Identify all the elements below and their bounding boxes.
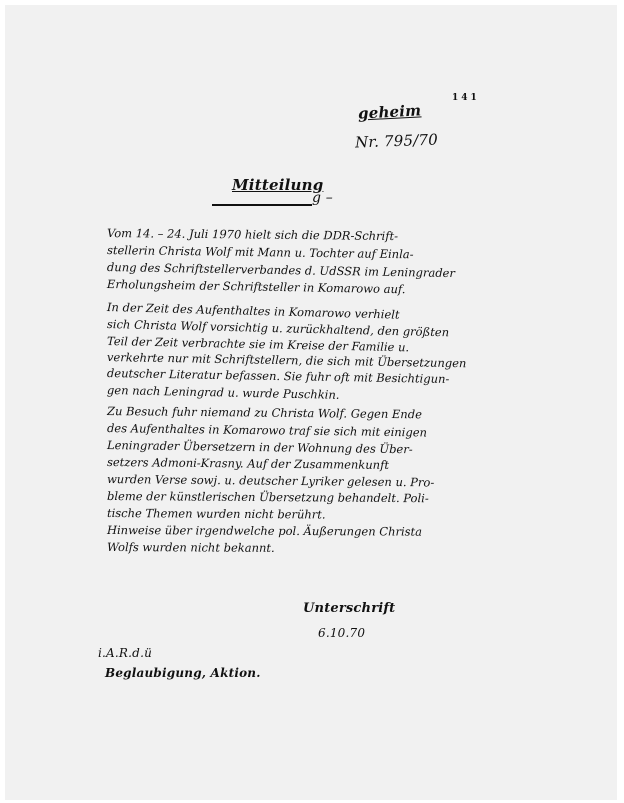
classification-stamp: geheim	[358, 101, 422, 122]
document-title: Mitteilung	[232, 176, 323, 194]
body-line: bleme der künstlerischen Übersetzung beh…	[107, 489, 429, 505]
signature-date: 6.10.70	[318, 626, 365, 640]
body-line: setzers Admoni-Krasny. Auf der Zusammenk…	[107, 455, 389, 472]
page-mark: 141	[452, 93, 480, 103]
signature: Unterschrift	[303, 601, 395, 616]
body-line: Hinweise über irgendwelche pol. Äußerung…	[107, 523, 422, 539]
scanned-document-page	[5, 5, 617, 800]
body-line: Wolfs wurden nicht bekannt.	[107, 540, 275, 555]
title-suffix: g –	[312, 190, 333, 206]
footer-annotation-2: Beglaubigung, Aktion.	[105, 666, 261, 680]
title-underline	[212, 204, 312, 206]
footer-annotation: i.A.R.d.ü	[98, 646, 152, 660]
document-number: Nr. 795/70	[355, 131, 439, 152]
body-line: tische Themen wurden nicht berührt.	[107, 506, 326, 522]
